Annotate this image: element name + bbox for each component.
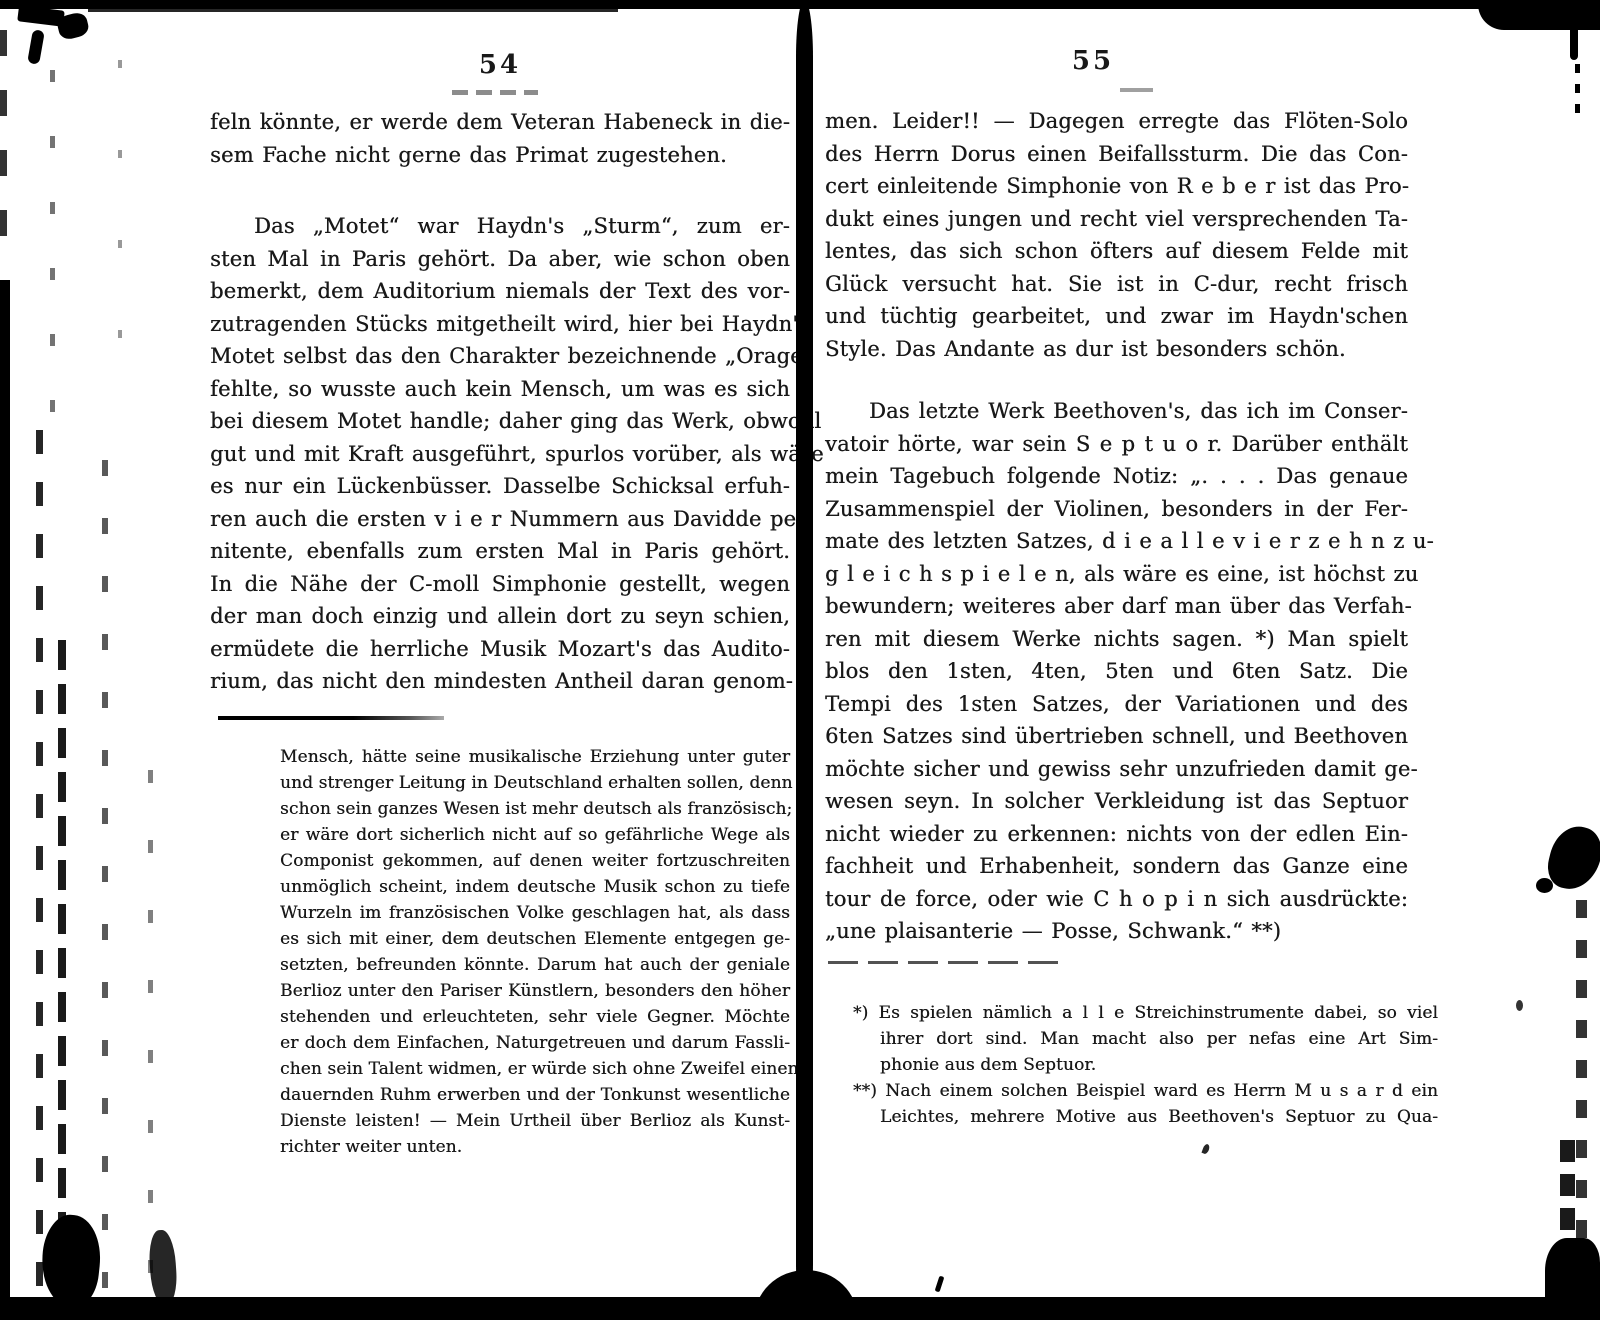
scan-artifact [36,430,43,1300]
text-line: cert einleitende Simphonie von R e b e r… [825,170,1408,203]
text-line: er doch dem Einfachen, Naturgetreuen und… [280,1030,790,1056]
text-line: nitente, ebenfalls zum ersten Mal in Par… [210,535,790,568]
text-line: mate des letzten Satzes, d i e a l l e v… [825,525,1408,558]
text-line: es sich mit einer, dem deutschen Element… [280,926,790,952]
scan-artifact [88,9,618,12]
text-line: ren auch die ersten v i e r Nummern aus … [210,503,790,536]
text-line: In die Nähe der C-moll Simphonie gestell… [210,568,790,601]
text-line: „une plaisanterie — Posse, Schwank.“ **) [825,915,1408,948]
text-line: dauernden Ruhm erwerben und der Tonkunst… [280,1082,790,1108]
text-line: Glück versucht hat. Sie ist in C-dur, re… [825,268,1408,301]
text-line: nicht wieder zu erkennen: nichts von der… [825,818,1408,851]
text-line: des Herrn Dorus einen Beifallssturm. Die… [825,138,1408,171]
text-line: *) Es spielen nämlich a l l e Streichins… [853,1000,1438,1026]
right-page-footnote: *) Es spielen nämlich a l l e Streichins… [853,1000,1438,1130]
text-line: **) Nach einem solchen Beispiel ward es … [853,1078,1438,1104]
text-line: 6ten Satzes sind übertrieben schnell, un… [825,720,1408,753]
text-line: rium, das nicht den mindesten Antheil da… [210,665,790,698]
paragraph: feln könnte, er werde dem Veteran Habene… [210,106,790,171]
text-line: und strenger Leitung in Deutschland erha… [280,770,790,796]
scan-artifact [1120,88,1153,92]
text-line: und tüchtig gearbeitet, und zwar im Hayd… [825,300,1408,333]
text-line: Style. Das Andante as dur ist besonders … [825,333,1408,366]
text-line: unmöglich scheint, indem deutsche Musik … [280,874,790,900]
text-line: Das letzte Werk Beethoven's, das ich im … [825,395,1408,428]
text-line: setzten, befreunden könnte. Darum hat au… [280,952,790,978]
text-line: der man doch einzig und allein dort zu s… [210,600,790,633]
text-line: es nur ein Lückenbüsser. Dasselbe Schick… [210,470,790,503]
text-line: bemerkt, dem Auditorium niemals der Text… [210,275,790,308]
text-line: chen sein Talent widmen, er würde sich o… [280,1056,790,1082]
page-gutter-shadow [796,0,813,1320]
scan-artifact [102,460,108,1300]
paragraph: men. Leider!! — Dagegen erregte das Flöt… [825,105,1408,365]
text-line: zutragenden Stücks mitgetheilt wird, hie… [210,308,790,341]
text-line: blos den 1sten, 4ten, 5ten und 6ten Satz… [825,655,1408,688]
scan-artifact [0,280,10,1320]
scan-artifact [58,640,66,1300]
scan-artifact [935,1276,945,1293]
scan-artifact [37,1212,104,1310]
right-page-main-text: men. Leider!! — Dagegen erregte das Flöt… [825,105,1408,948]
text-line: Berlioz unter den Pariser Künstlern, bes… [280,978,790,1004]
paragraph: Das letzte Werk Beethoven's, das ich im … [825,395,1408,948]
text-line: schon sein ganzes Wesen ist mehr deutsch… [280,796,790,822]
left-page-main-text: feln könnte, er werde dem Veteran Habene… [210,106,790,698]
text-line: wesen seyn. In solcher Verkleidung ist d… [825,785,1408,818]
text-line: Zusammenspiel der Violinen, besonders in… [825,493,1408,526]
text-line: Dienste leisten! — Mein Urtheil über Ber… [280,1108,790,1134]
text-line: Leichtes, mehrere Motive aus Beethoven's… [853,1104,1438,1130]
text-line: fehlte, so wusste auch kein Mensch, um w… [210,373,790,406]
text-line: sten Mal in Paris gehört. Da aber, wie s… [210,243,790,276]
scan-artifact [50,70,55,450]
text-line: ren mit diesem Werke nichts sagen. *) Ma… [825,623,1408,656]
scan-artifact [1536,878,1553,893]
text-line: tour de force, oder wie C h o p i n sich… [825,883,1408,916]
scan-artifact [1516,1000,1523,1011]
scan-artifact [452,90,538,95]
text-line: bewundern; weiteres aber darf man über d… [825,590,1408,623]
text-line: vatoir hörte, war sein S e p t u o r. Da… [825,428,1408,461]
scan-artifact [1545,1238,1600,1320]
scan-artifact [1201,1143,1210,1154]
text-line: er wäre dort sicherlich nicht auf so gef… [280,822,790,848]
scan-artifact [1570,26,1578,60]
text-line: stehenden und erleuchteten, sehr viele G… [280,1004,790,1030]
text-line: mein Tagebuch folgende Notiz: „. . . . D… [825,460,1408,493]
text-line: lentes, das sich schon öfters auf diesem… [825,235,1408,268]
text-line: dukt eines jungen und recht viel verspre… [825,203,1408,236]
text-line: möchte sicher und gewiss sehr unzufriede… [825,753,1408,786]
scan-artifact [0,1297,1600,1320]
text-line: Das „Motet“ war Haydn's „Sturm“, zum er- [210,210,790,243]
text-line: ihrer dort sind. Man macht also per nefa… [853,1026,1438,1052]
left-page-footnote: Mensch, hätte seine musikalische Erziehu… [280,744,790,1160]
footnote-separator-right [828,961,1060,964]
scan-artifact [27,29,45,65]
scan-artifact [118,60,122,360]
text-line: fachheit und Erhabenheit, sondern das Ga… [825,850,1408,883]
text-line: richter weiter unten. [280,1134,790,1160]
text-line: Wurzeln im französischen Volke geschlage… [280,900,790,926]
page-number-left: 54 [210,50,790,80]
text-line: g l e i c h s p i e l e n, als wäre es e… [825,558,1408,591]
book-scan: 54 feln könnte, er werde dem Veteran Hab… [0,0,1600,1320]
text-line: Componist gekommen, auf denen weiter for… [280,848,790,874]
text-line: gut und mit Kraft ausgeführt, spurlos vo… [210,438,790,471]
text-line: ermüdete die herrliche Musik Mozart's da… [210,633,790,666]
text-line: sem Fache nicht gerne das Primat zugeste… [210,139,790,172]
footnote-separator-left [218,716,444,720]
paragraph: Das „Motet“ war Haydn's „Sturm“, zum er-… [210,210,790,698]
text-line: phonie aus dem Septuor. [853,1052,1438,1078]
scan-artifact [0,30,7,260]
text-line: bei diesem Motet handle; daher ging das … [210,405,790,438]
text-line: Mensch, hätte seine musikalische Erziehu… [280,744,790,770]
scan-artifact [1478,0,1600,30]
scan-artifact [1575,64,1580,114]
text-line: feln könnte, er werde dem Veteran Habene… [210,106,790,139]
page-number-right: 55 [825,46,1361,76]
text-line: Tempi des 1sten Satzes, der Variationen … [825,688,1408,721]
scan-artifact [148,770,153,1300]
text-line: Motet selbst das den Charakter bezeichne… [210,340,790,373]
text-line: men. Leider!! — Dagegen erregte das Flöt… [825,105,1408,138]
